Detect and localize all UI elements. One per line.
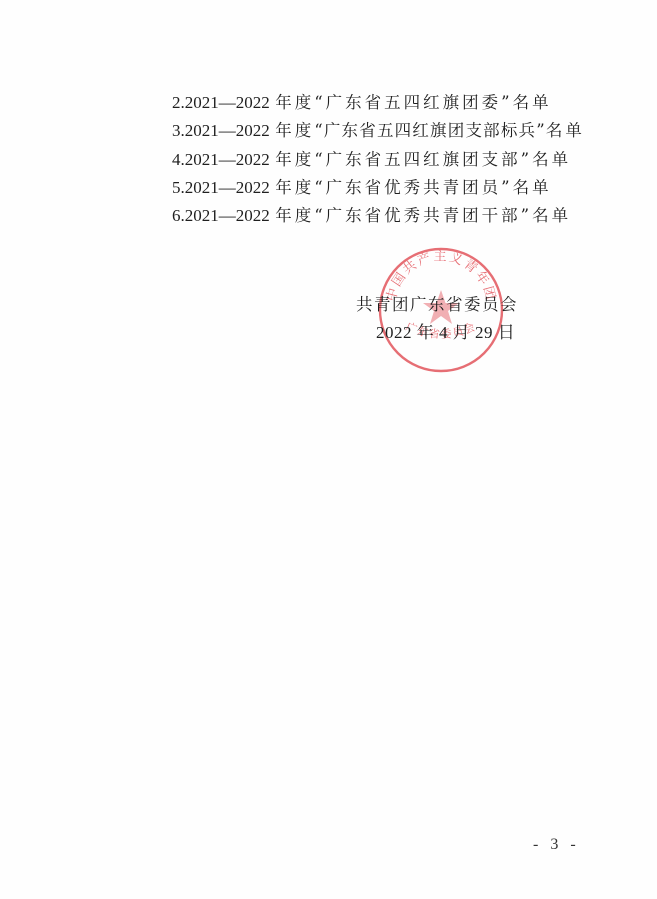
attachment-title: “广东省五四红旗团支部” xyxy=(314,150,532,169)
attachment-title: “广东省五四红旗团支部标兵” xyxy=(314,121,546,140)
issue-date: 2022 年 4 月 29 日 xyxy=(356,319,518,347)
attachment-suffix: 名单 xyxy=(532,150,571,169)
attachment-title: “广东省优秀共青团员” xyxy=(314,178,512,197)
attachment-item: 4.2021—2022 年度“广东省五四红旗团支部”名单 xyxy=(172,146,585,174)
attachment-number: 4.2021—2022 xyxy=(172,150,270,169)
attachment-list: 2.2021—2022 年度“广东省五四红旗团委”名单 3.2021—2022 … xyxy=(172,89,585,230)
attachment-number: 6.2021—2022 xyxy=(172,206,270,225)
attachment-year-label: 年度 xyxy=(275,206,314,225)
attachment-title: “广东省优秀共青团干部” xyxy=(314,206,532,225)
attachment-number: 2.2021—2022 xyxy=(172,93,270,112)
attachment-suffix: 名单 xyxy=(513,93,552,112)
document-page: 2.2021—2022 年度“广东省五四红旗团委”名单 3.2021—2022 … xyxy=(0,0,657,899)
attachment-suffix: 名单 xyxy=(546,121,585,140)
signature-block: 共青团广东省委员会 2022 年 4 月 29 日 xyxy=(356,291,518,347)
attachment-year-label: 年度 xyxy=(275,178,314,197)
page-number: - 3 - xyxy=(533,836,580,854)
attachment-number: 5.2021—2022 xyxy=(172,178,270,197)
attachment-year-label: 年度 xyxy=(275,150,314,169)
attachment-suffix: 名单 xyxy=(513,178,552,197)
attachment-suffix: 名单 xyxy=(532,206,571,225)
attachment-number: 3.2021—2022 xyxy=(172,121,270,140)
attachment-title: “广东省五四红旗团委” xyxy=(314,93,512,112)
issuing-organization: 共青团广东省委员会 xyxy=(356,291,518,319)
attachment-item: 5.2021—2022 年度“广东省优秀共青团员”名单 xyxy=(172,174,585,202)
attachment-item: 3.2021—2022 年度“广东省五四红旗团支部标兵”名单 xyxy=(172,117,585,145)
attachment-item: 6.2021—2022 年度“广东省优秀共青团干部”名单 xyxy=(172,202,585,230)
attachment-year-label: 年度 xyxy=(275,93,314,112)
attachment-year-label: 年度 xyxy=(275,121,314,140)
attachment-item: 2.2021—2022 年度“广东省五四红旗团委”名单 xyxy=(172,89,585,117)
